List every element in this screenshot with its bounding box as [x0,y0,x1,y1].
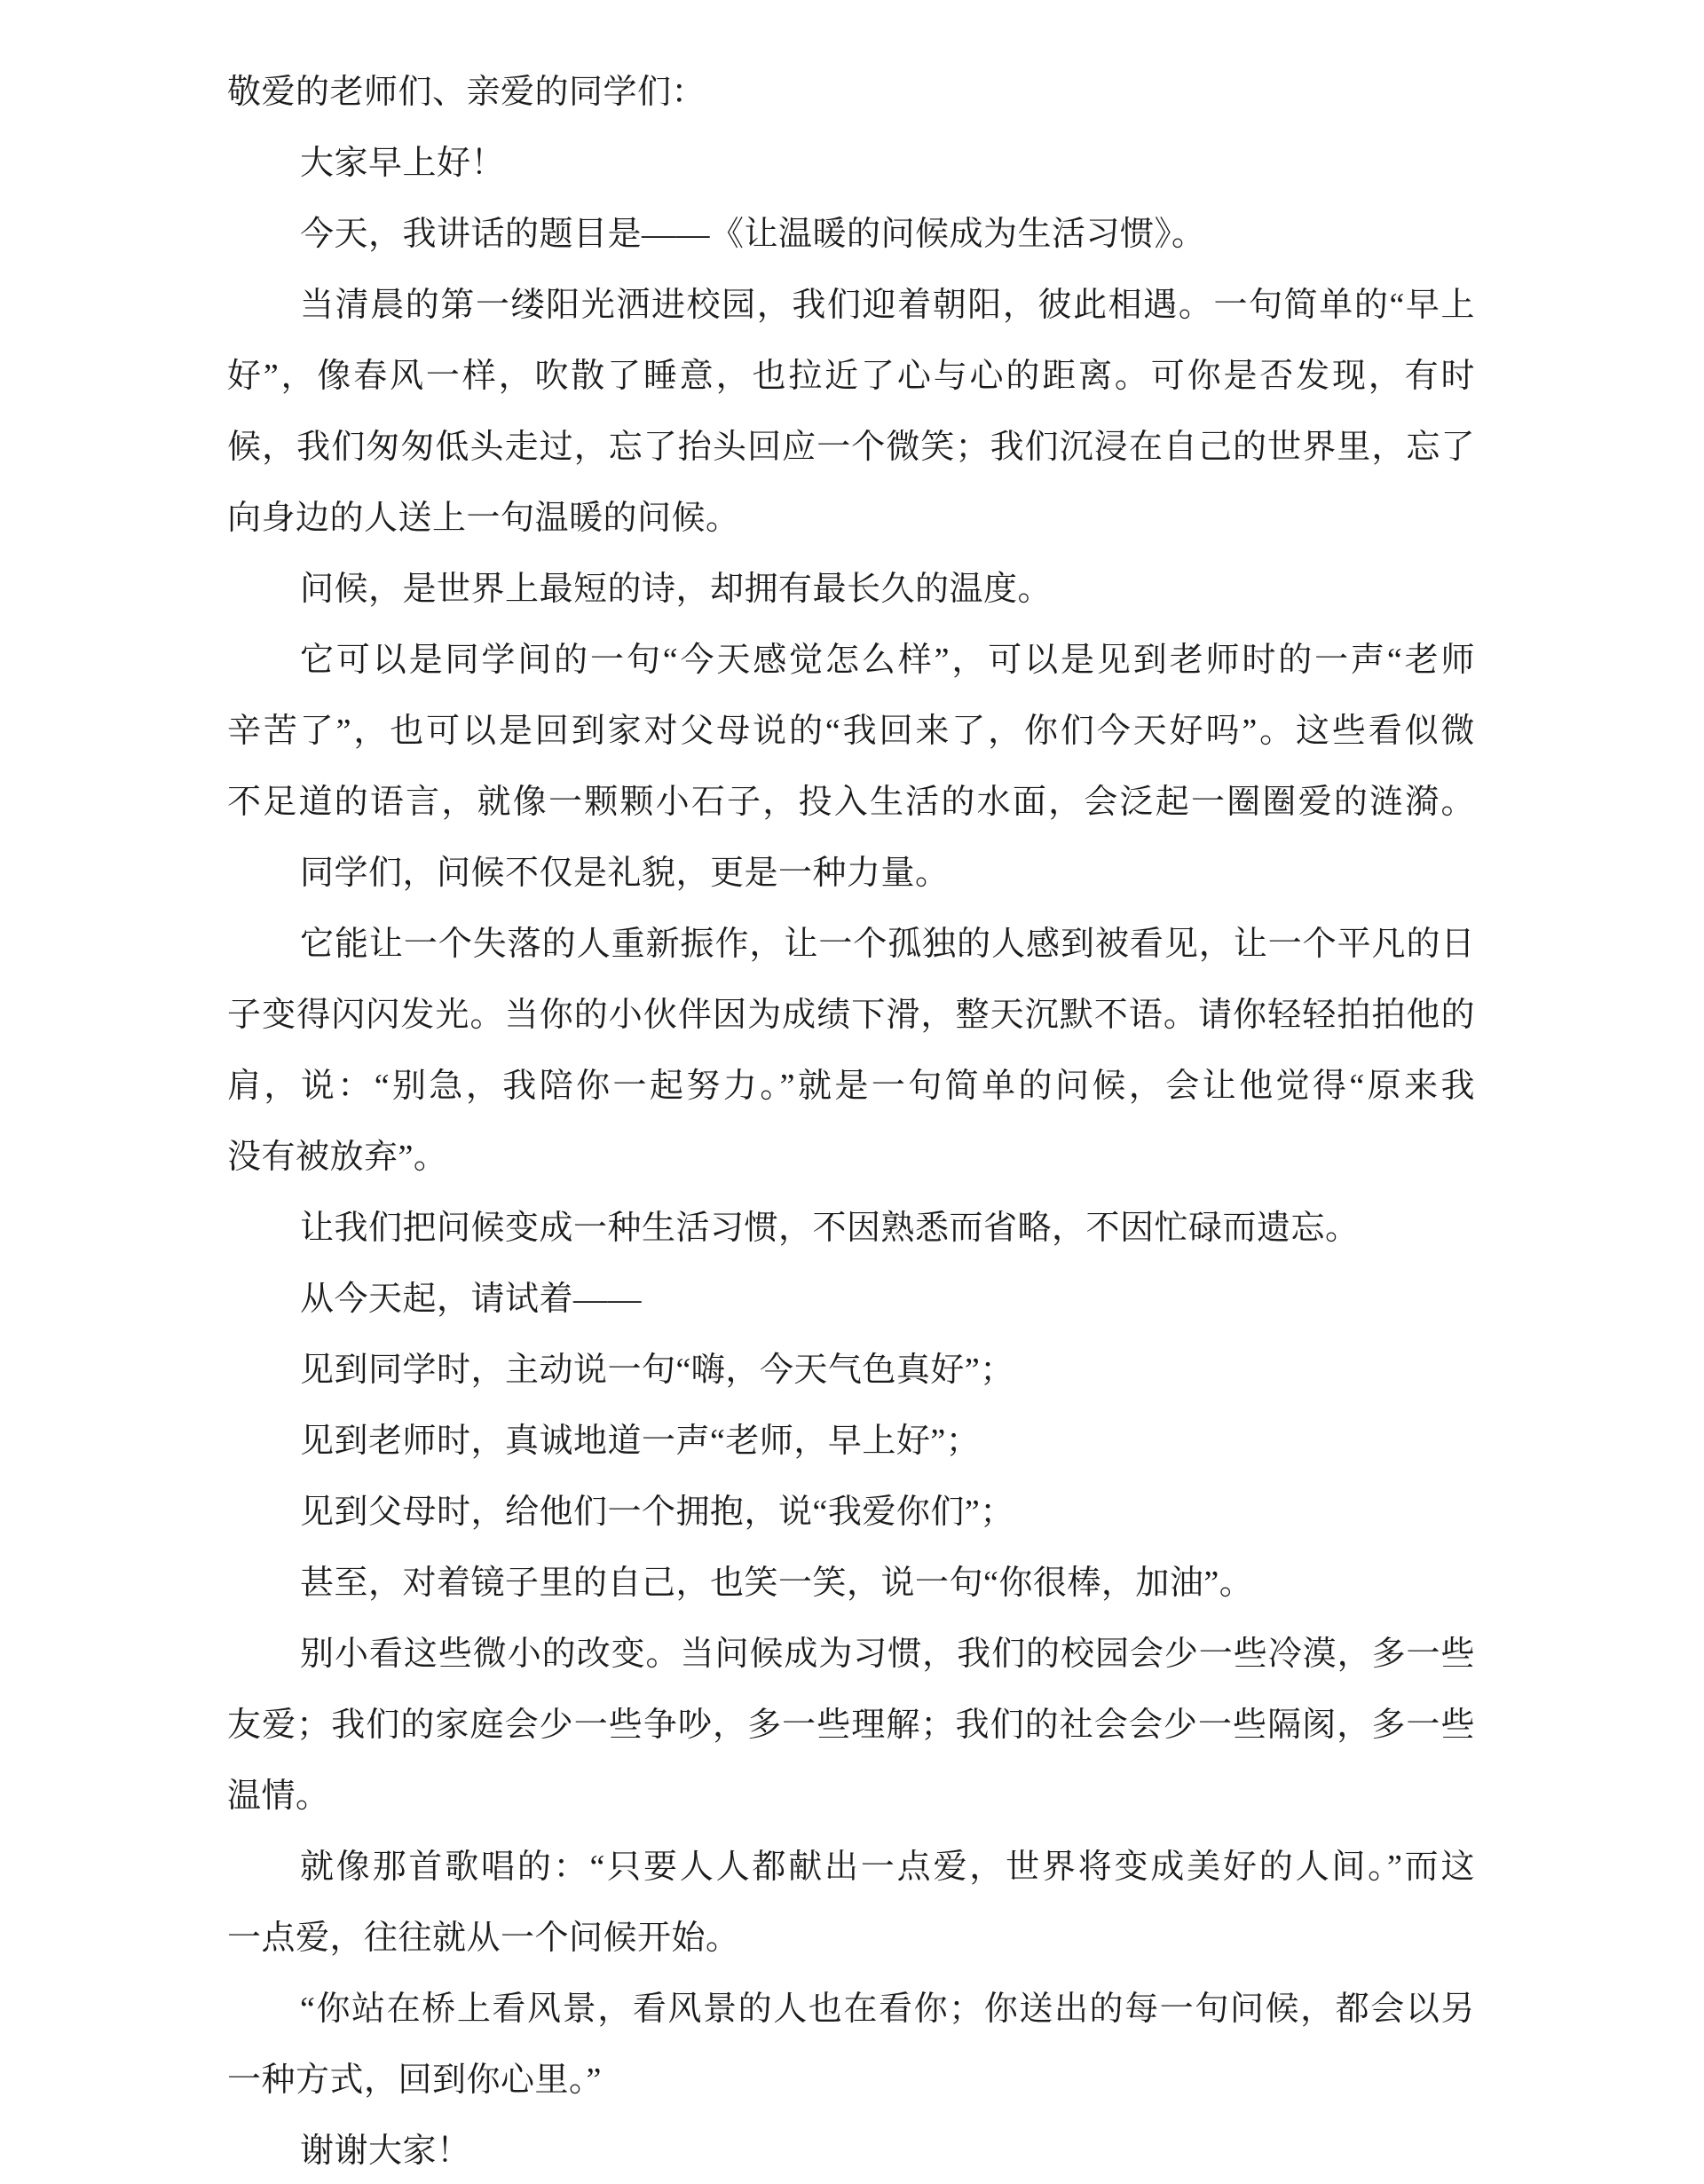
text-line: 辛苦了”，也可以是回到家对父母说的“我回来了，你们今天好吗”。这些看似微 [227,696,1475,767]
text-line: 候，我们匆匆低头走过，忘了抬头回应一个微笑；我们沉浸在自己的世界里，忘了 [227,412,1475,483]
text-line: 温情。 [227,1761,1475,1832]
text-line: 肩，说：“别急，我陪你一起努力。”就是一句简单的问候，会让他觉得“原来我 [227,1051,1475,1122]
document-page: 敬爱的老师们、亲爱的同学们：大家早上好！今天，我讲话的题目是——《让温暖的问候成… [0,0,1704,2184]
text-line: “你站在桥上看风景，看风景的人也在看你；你送出的每一句问候，都会以另 [227,1974,1475,2045]
document-body: 敬爱的老师们、亲爱的同学们：大家早上好！今天，我讲话的题目是——《让温暖的问候成… [227,57,1475,2184]
text-line: 它可以是同学间的一句“今天感觉怎么样”，可以是见到老师时的一声“老师 [227,625,1475,696]
text-line: 一种方式，回到你心里。” [227,2045,1475,2116]
text-line: 别小看这些微小的改变。当问候成为习惯，我们的校园会少一些冷漠，多一些 [227,1619,1475,1690]
text-line: 一点爱，往往就从一个问候开始。 [227,1903,1475,1974]
text-line: 见到老师时，真诚地道一声“老师，早上好”； [227,1406,1475,1477]
text-line: 没有被放弃”。 [227,1122,1475,1193]
text-line: 它能让一个失落的人重新振作，让一个孤独的人感到被看见，让一个平凡的日 [227,909,1475,980]
text-line: 当清晨的第一缕阳光洒进校园，我们迎着朝阳，彼此相遇。一句简单的“早上 [227,270,1475,341]
text-line: 友爱；我们的家庭会少一些争吵，多一些理解；我们的社会会少一些隔阂，多一些 [227,1690,1475,1761]
text-line: 大家早上好！ [227,128,1475,199]
text-line: 甚至，对着镜子里的自己，也笑一笑，说一句“你很棒，加油”。 [227,1548,1475,1619]
text-line: 从今天起，请试着—— [227,1264,1475,1335]
text-line: 好”，像春风一样，吹散了睡意，也拉近了心与心的距离。可你是否发现，有时 [227,341,1475,412]
text-line: 让我们把问候变成一种生活习惯，不因熟悉而省略，不因忙碌而遗忘。 [227,1193,1475,1264]
text-line: 同学们，问候不仅是礼貌，更是一种力量。 [227,838,1475,909]
text-line: 不足道的语言，就像一颗颗小石子，投入生活的水面，会泛起一圈圈爱的涟漪。 [227,767,1475,838]
text-line: 谢谢大家！ [227,2116,1475,2184]
text-line: 向身边的人送上一句温暖的问候。 [227,483,1475,554]
text-line: 问候，是世界上最短的诗，却拥有最长久的温度。 [227,554,1475,625]
text-line: 今天，我讲话的题目是——《让温暖的问候成为生活习惯》。 [227,199,1475,270]
text-line: 见到父母时，给他们一个拥抱，说“我爱你们”； [227,1477,1475,1548]
text-line: 敬爱的老师们、亲爱的同学们： [227,57,1475,128]
text-line: 见到同学时，主动说一句“嗨，今天气色真好”； [227,1335,1475,1406]
text-line: 子变得闪闪发光。当你的小伙伴因为成绩下滑，整天沉默不语。请你轻轻拍拍他的 [227,980,1475,1051]
text-line: 就像那首歌唱的：“只要人人都献出一点爱，世界将变成美好的人间。”而这 [227,1832,1475,1903]
